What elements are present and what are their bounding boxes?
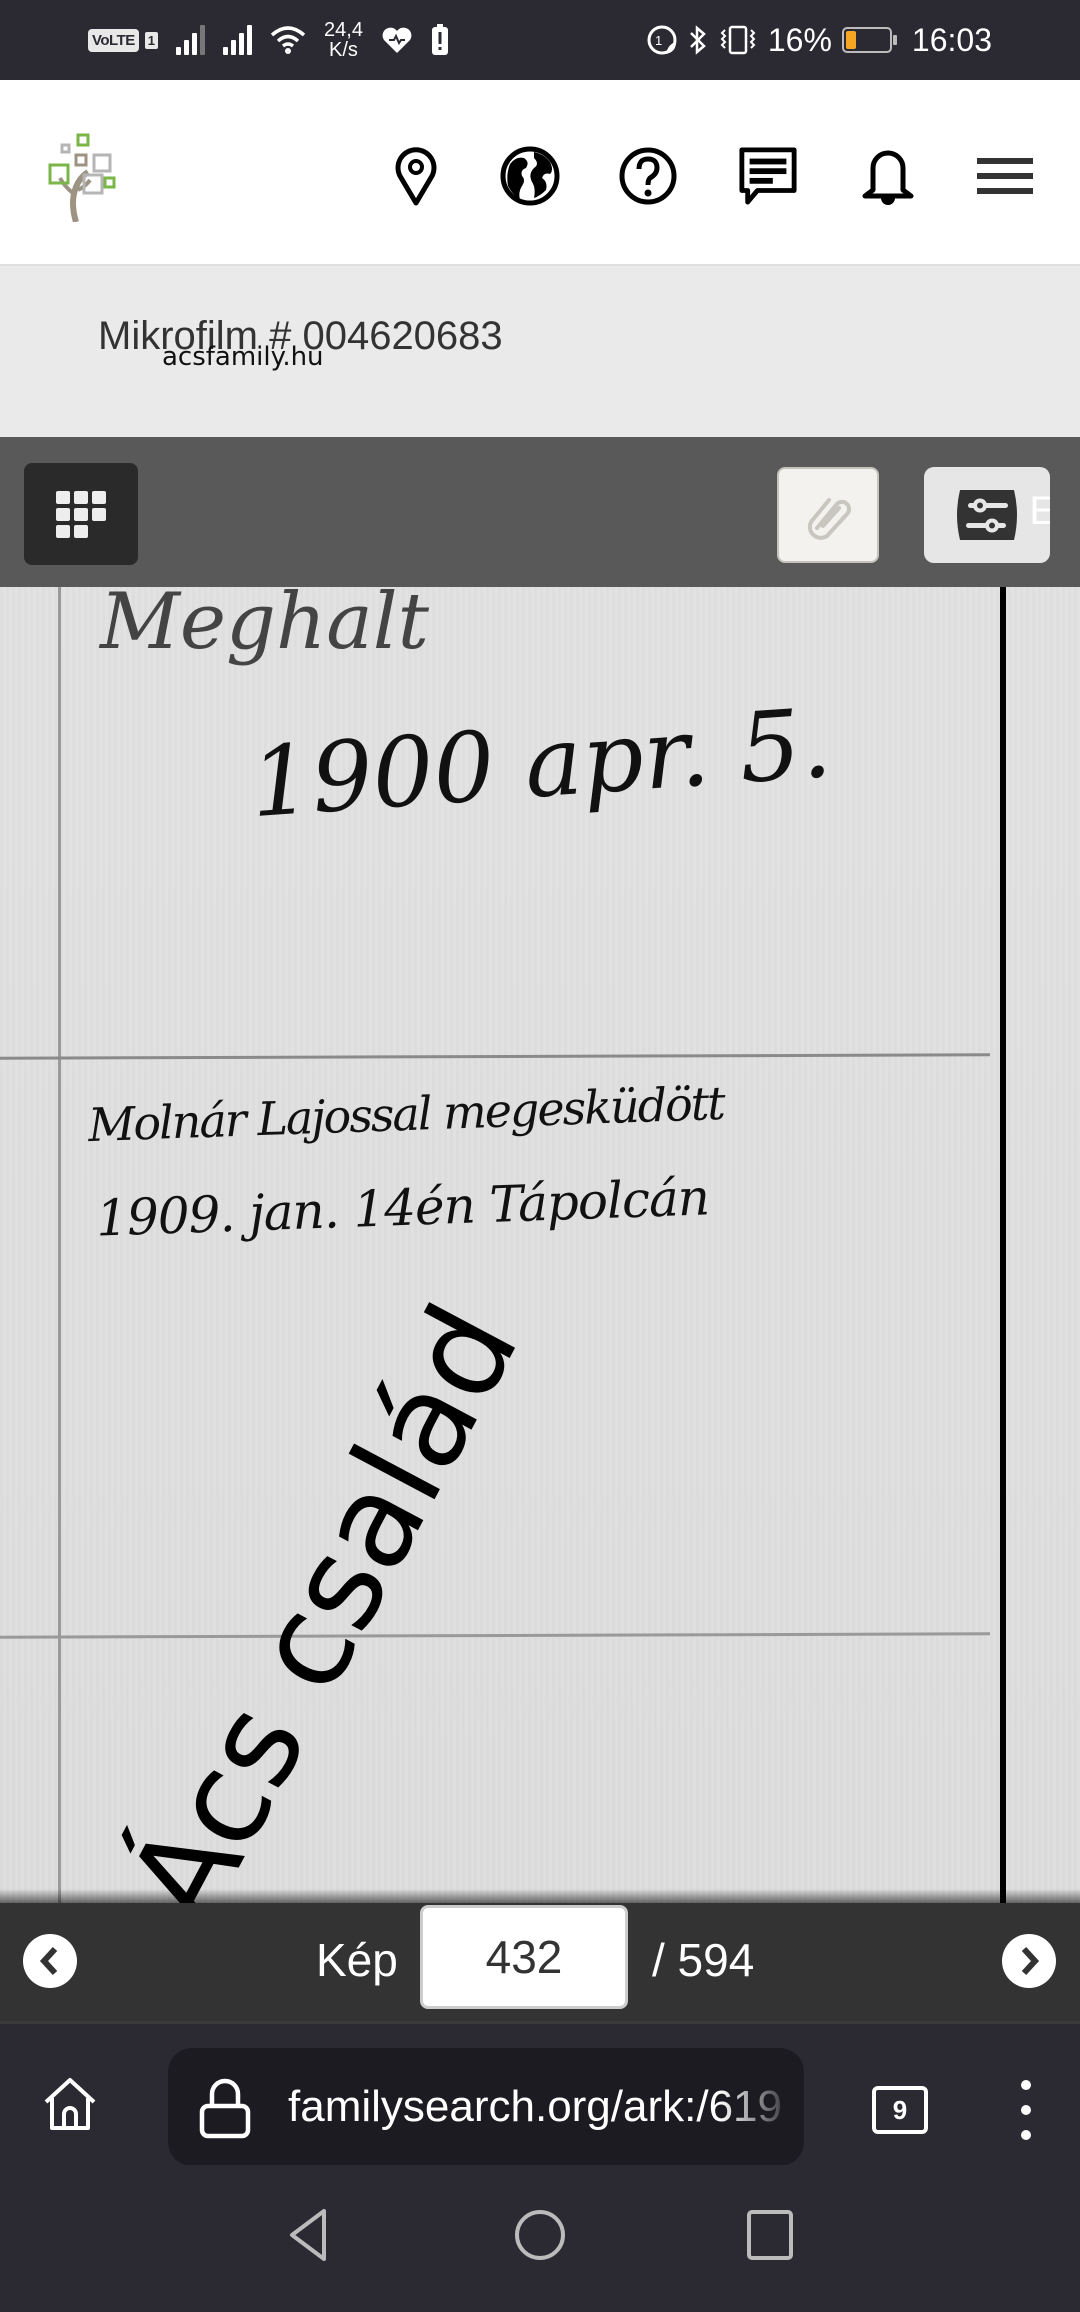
- home-icon[interactable]: [40, 2074, 100, 2134]
- address-bar[interactable]: familysearch.org/ark:/619: [168, 2048, 804, 2166]
- svg-text:1: 1: [655, 33, 662, 48]
- viewer-toolbar: E: [0, 437, 1080, 587]
- watermark-text: acsfamily.hu: [162, 342, 324, 372]
- tab-switcher-button[interactable]: 9: [872, 2086, 928, 2134]
- title-band: Mikrofilm # 004620683 acsfamily.hu: [0, 264, 1080, 437]
- data-saver-icon: 1: [646, 24, 678, 56]
- attachment-button[interactable]: [777, 467, 879, 563]
- vibrate-icon: [718, 24, 758, 56]
- bell-icon[interactable]: [858, 146, 918, 206]
- signal-icon-sim2: [223, 25, 252, 55]
- signal-icon-sim1: [176, 25, 205, 55]
- lock-icon: [198, 2078, 252, 2140]
- battery-percent: 16%: [768, 22, 832, 59]
- globe-icon[interactable]: [500, 146, 560, 206]
- help-icon[interactable]: [618, 146, 678, 206]
- hamburger-menu-icon[interactable]: [975, 146, 1035, 206]
- familysearch-logo-icon[interactable]: [48, 132, 128, 222]
- image-adjust-button[interactable]: E: [924, 467, 1050, 563]
- image-grid-button[interactable]: [24, 463, 138, 565]
- next-image-button[interactable]: [1002, 1934, 1056, 1988]
- recents-nav-icon[interactable]: [740, 2205, 800, 2265]
- browser-menu-icon[interactable]: [1016, 2080, 1036, 2140]
- battery-alert-icon: [431, 24, 449, 56]
- handwritten-text: Meghalt: [100, 587, 429, 667]
- url-text[interactable]: familysearch.org/ark:/619: [288, 2082, 796, 2132]
- document-image-viewer[interactable]: Meghalt 1900 apr. 5. Molnár Lajossal meg…: [0, 587, 1080, 1903]
- status-bar: VoLTE 1 24,4K/s 1 16% 16:03: [0, 0, 1080, 80]
- image-total: / 594: [652, 1933, 754, 1987]
- clock: 16:03: [912, 22, 992, 59]
- health-heart-icon: [381, 26, 413, 54]
- browser-toolbar: familysearch.org/ark:/619 9: [0, 2021, 1080, 2165]
- ledger-rule-vertical: [58, 587, 61, 1903]
- bluetooth-icon: [688, 24, 708, 56]
- sim-slot-icon: 1: [145, 32, 158, 49]
- wifi-icon: [270, 25, 306, 55]
- network-speed: 24,4K/s: [324, 20, 363, 60]
- sliders-icon: [954, 488, 1020, 542]
- adjust-button-label-clipped: E: [1029, 489, 1050, 534]
- site-header: [0, 80, 1080, 264]
- home-nav-icon[interactable]: [510, 2205, 570, 2265]
- image-pager: Kép / 594: [0, 1903, 1080, 2021]
- screen: VoLTE 1 24,4K/s 1 16% 16:03: [0, 0, 1080, 2312]
- image-number-input[interactable]: [420, 1905, 628, 2009]
- grid-icon: [56, 491, 106, 538]
- viewer-bottom-shadow: [0, 1889, 1080, 1903]
- chevron-left-icon: [38, 1946, 62, 1976]
- chevron-right-icon: [1017, 1946, 1041, 1976]
- paperclip-icon: [803, 490, 853, 540]
- volte-icon: VoLTE: [88, 29, 139, 52]
- image-label: Kép: [316, 1933, 398, 1987]
- back-nav-icon[interactable]: [278, 2205, 338, 2265]
- previous-image-button[interactable]: [23, 1934, 77, 1988]
- battery-icon: [842, 27, 892, 53]
- ledger-rule-vertical-bold: [1000, 587, 1006, 1903]
- map-pin-icon[interactable]: [386, 146, 446, 206]
- system-navigation-bar: [0, 2165, 1080, 2312]
- message-icon[interactable]: [738, 146, 798, 206]
